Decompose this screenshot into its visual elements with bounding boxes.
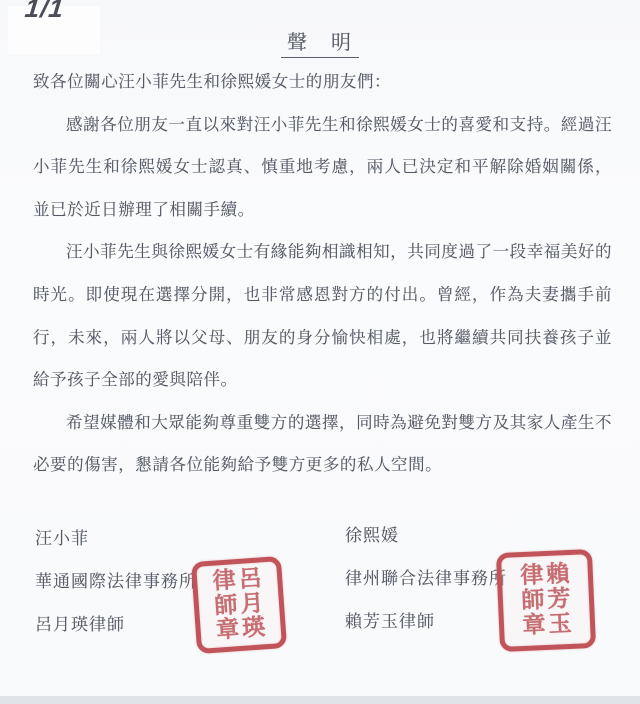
law-firm-right: 律州聯合法律事務所 bbox=[345, 564, 507, 589]
lawyer-name-left: 呂月瑛律師 bbox=[35, 610, 125, 635]
statement-title: 聲 明 bbox=[281, 26, 359, 58]
seal-left-column-text: 律師章 bbox=[212, 568, 240, 644]
lawyer-seal-right: 律師章 賴芳玉 bbox=[496, 549, 596, 652]
paragraph-1: 感謝各位朋友一直以來對汪小菲先生和徐熙媛女士的喜愛和支持。經過汪小菲先生和徐熙媛… bbox=[33, 104, 612, 232]
seal-left-column-text: 律師章 bbox=[520, 563, 546, 638]
title-row: 聲 明 bbox=[0, 26, 640, 58]
document-page: 1/1 聲 明 致各位關心汪小菲先生和徐熙媛女士的朋友們： 感謝各位朋友一直以來… bbox=[0, 0, 640, 704]
lawyer-name-right: 賴芳玉律師 bbox=[345, 607, 435, 632]
seal-right-column-text: 賴芳玉 bbox=[546, 562, 572, 637]
photo-bottom-edge bbox=[0, 696, 640, 704]
seal-right-column-text: 呂月瑛 bbox=[238, 566, 266, 642]
lawyer-seal-left: 律師章 呂月瑛 bbox=[191, 556, 287, 654]
page-indicator: 1/1 bbox=[23, 0, 65, 24]
law-firm-left: 華通國際法律事務所 bbox=[35, 567, 197, 592]
paragraph-2: 汪小菲先生與徐熙媛女士有緣能夠相識相知，共同度過了一段幸福美好的時光。即使現在選… bbox=[33, 231, 612, 401]
signer-name-right: 徐熙媛 bbox=[345, 521, 399, 546]
paragraph-3: 希望媒體和大眾能夠尊重雙方的選擇，同時為避免對雙方及其家人產生不必要的傷害，懇請… bbox=[33, 402, 612, 487]
statement-body: 致各位關心汪小菲先生和徐熙媛女士的朋友們： 感謝各位朋友一直以來對汪小菲先生和徐… bbox=[33, 61, 612, 487]
salutation-line: 致各位關心汪小菲先生和徐熙媛女士的朋友們： bbox=[33, 61, 612, 104]
signer-name-left: 汪小菲 bbox=[35, 524, 89, 549]
